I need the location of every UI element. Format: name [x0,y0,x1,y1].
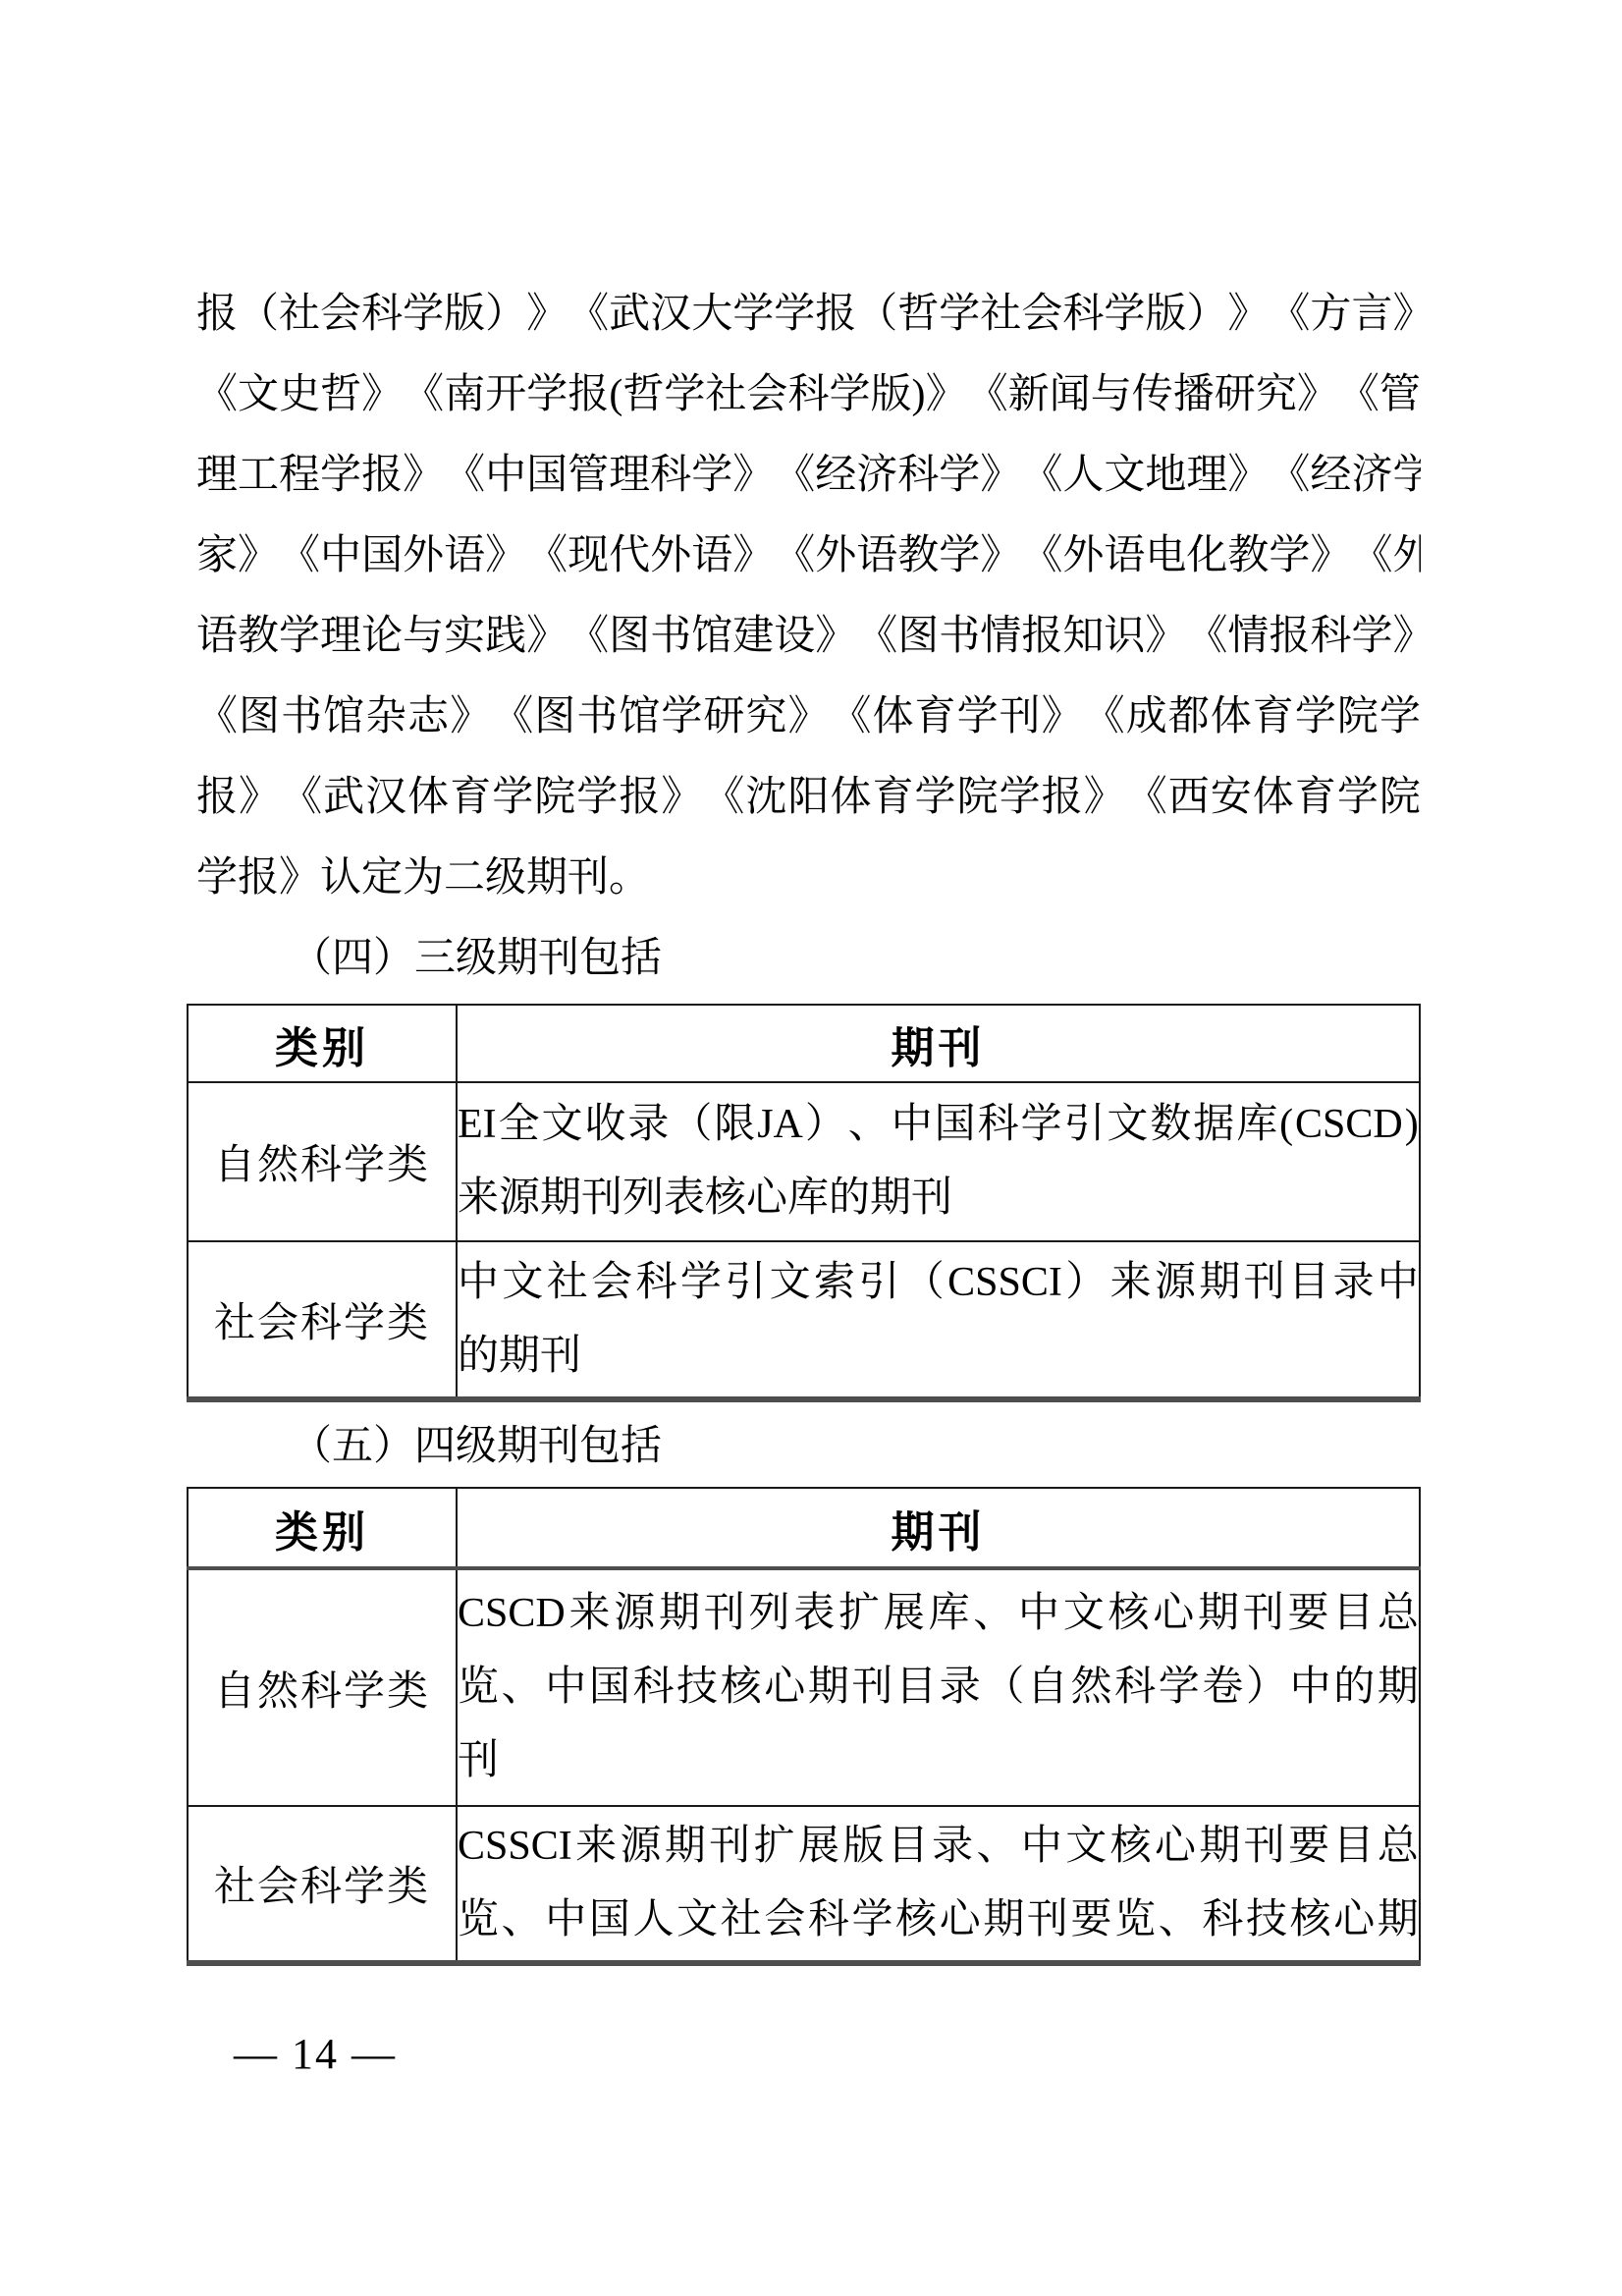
journal-cell: 中文社会科学引文索引（CSSCI）来源期刊目录中的期刊 [457,1241,1420,1399]
table-header-row: 类别 期刊 [188,1005,1420,1082]
category-column-header: 类别 [188,1488,457,1568]
journal-cell: CSSCI 来源期刊扩展版目录、中文核心期刊要目总览、中国人文社会科学核心期刊要… [457,1806,1420,1963]
text-line: 来源期刊列表核心库的期刊 [458,1162,1419,1235]
text-line: 报（社会科学版）》《武汉大学学报（哲学社会科学版）》《方言》 [196,274,1421,355]
text-line: 刊 [458,1724,1419,1798]
document-page: 报（社会科学版）》《武汉大学学报（哲学社会科学版）》《方言》《文史哲》《南开学报… [0,0,1622,2296]
text-line: 览、中国人文社会科学核心期刊要览、科技核心期 [458,1884,1419,1957]
text-line: CSSCI 来源期刊扩展版目录、中文核心期刊要目总 [458,1810,1419,1884]
journal-cell: CSCD 来源期刊列表扩展库、中文核心期刊要目总览、中国科技核心期刊目录（自然科… [457,1568,1420,1806]
category-cell: 社会科学类 [188,1241,457,1399]
table-header-row: 类别 期刊 [188,1488,1420,1568]
journal-cell: EI 全文收录（限 JA）、中国科学引文数据库(CSCD)来源期刊列表核心库的期… [457,1082,1420,1241]
journal-column-header: 期刊 [457,1488,1420,1568]
page-number: — 14 — [234,2033,397,2076]
category-cell: 自然科学类 [188,1568,457,1806]
section-heading-level4: （五）四级期刊包括 [196,1406,1421,1487]
text-line: 语教学理论与实践》《图书馆建设》《图书情报知识》《情报科学》 [196,596,1421,677]
text-line: 报》《武汉体育学院学报》《沈阳体育学院学报》《西安体育学院 [196,757,1421,838]
text-line: 览、中国科技核心期刊目录（自然科学卷）中的期 [458,1651,1419,1724]
category-cell: 自然科学类 [188,1082,457,1241]
category-column-header: 类别 [188,1005,457,1082]
table-row: 社会科学类CSSCI 来源期刊扩展版目录、中文核心期刊要目总览、中国人文社会科学… [188,1806,1420,1963]
body-paragraph: 报（社会科学版）》《武汉大学学报（哲学社会科学版）》《方言》《文史哲》《南开学报… [196,274,1421,918]
text-line: 的期刊 [458,1320,1419,1394]
table-row: 社会科学类中文社会科学引文索引（CSSCI）来源期刊目录中的期刊 [188,1241,1420,1399]
text-line: 《文史哲》《南开学报(哲学社会科学版)》《新闻与传播研究》《管 [196,355,1421,435]
category-cell: 社会科学类 [188,1806,457,1963]
text-line: 理工程学报》《中国管理科学》《经济科学》《人文地理》《经济学 [196,435,1421,516]
table-row: 自然科学类EI 全文收录（限 JA）、中国科学引文数据库(CSCD)来源期刊列表… [188,1082,1420,1241]
level3-journal-table: 类别 期刊 自然科学类EI 全文收录（限 JA）、中国科学引文数据库(CSCD)… [187,1004,1421,1402]
journal-column-header: 期刊 [457,1005,1420,1082]
section-heading-level3: （四）三级期刊包括 [196,918,1421,999]
text-line: 《图书馆杂志》《图书馆学研究》《体育学刊》《成都体育学院学 [196,677,1421,757]
text-line: 中文社会科学引文索引（CSSCI）来源期刊目录中 [458,1246,1419,1320]
table-row: 自然科学类CSCD 来源期刊列表扩展库、中文核心期刊要目总览、中国科技核心期刊目… [188,1568,1420,1806]
level4-journal-table: 类别 期刊 自然科学类CSCD 来源期刊列表扩展库、中文核心期刊要目总览、中国科… [187,1487,1421,1966]
text-line: EI 全文收录（限 JA）、中国科学引文数据库(CSCD) [458,1088,1419,1162]
text-line: 家》《中国外语》《现代外语》《外语教学》《外语电化教学》《外 [196,516,1421,596]
text-line: 学报》认定为二级期刊。 [196,838,1421,918]
text-line: CSCD 来源期刊列表扩展库、中文核心期刊要目总 [458,1577,1419,1651]
